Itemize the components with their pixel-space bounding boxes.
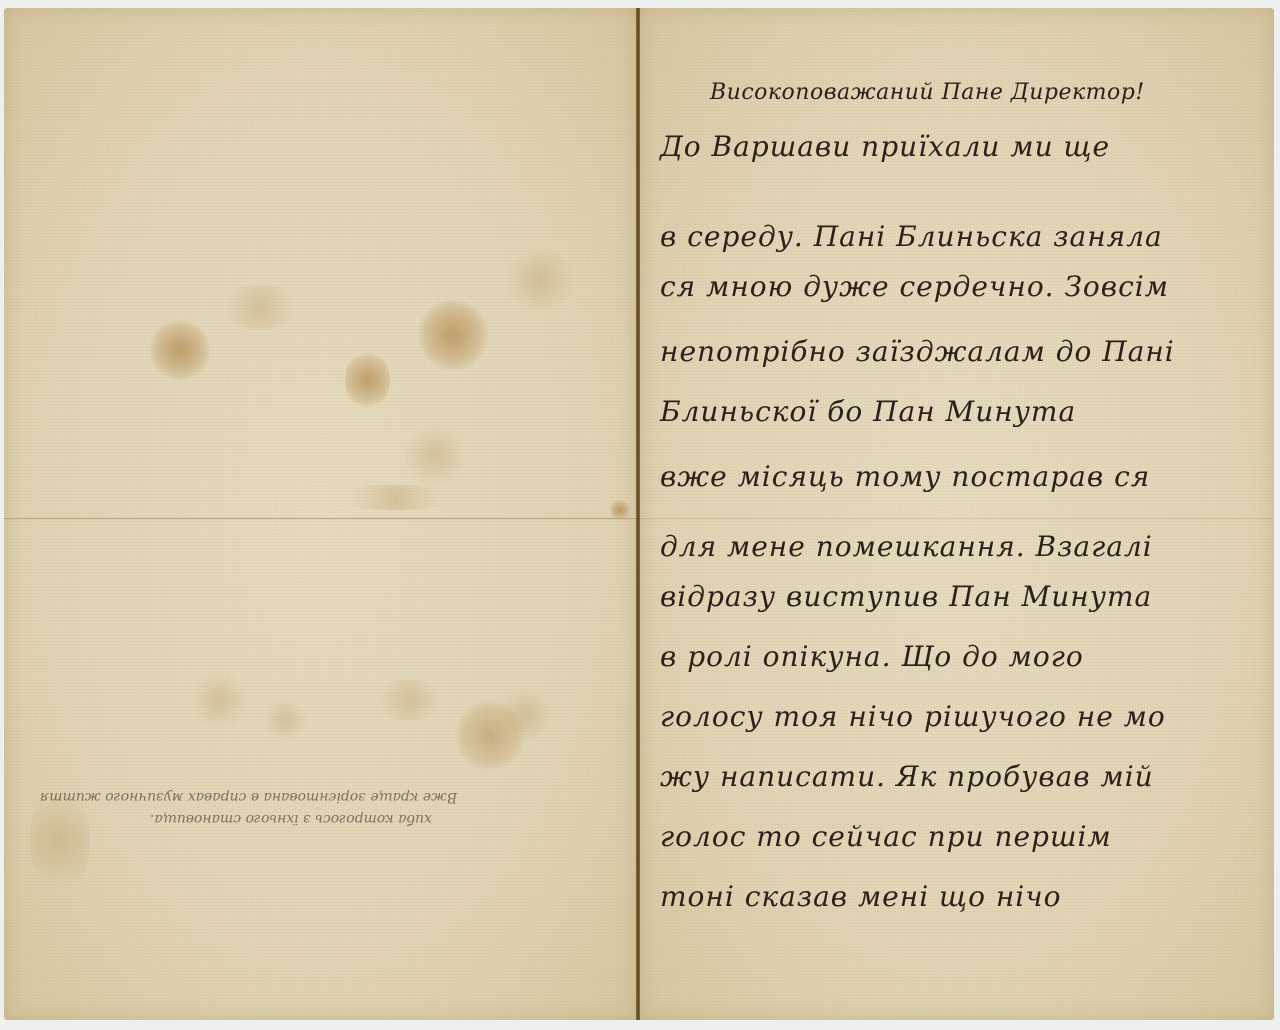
stain-mark [418, 300, 488, 370]
stain-mark [215, 285, 305, 330]
fold-crease-left [4, 517, 636, 520]
letter-line: непотрібно заїзджалам до Пані [660, 335, 1175, 368]
stain-mark [260, 700, 310, 740]
letter-line: в ролі опікуна. Що до мого [660, 640, 1084, 673]
letter-line: ся мною дуже сердечно. Зовсім [660, 270, 1169, 303]
letter-line: тоні сказав мені що нічо [660, 880, 1062, 913]
letter-line: вже місяць тому постарав ся [660, 460, 1150, 493]
stain-mark [405, 420, 465, 490]
fold-crease-right [640, 517, 1274, 520]
letter-line: відразу виступив Пан Минута [660, 580, 1152, 613]
letter-salutation: Високоповажаний Пане Директор! [710, 80, 1145, 105]
letter-line: голос то сейчас при першім [660, 820, 1112, 853]
stain-mark [610, 500, 630, 520]
letter-scan: хиба котрогось з їхнього становища. Вже … [0, 0, 1280, 1030]
stain-mark [345, 350, 390, 410]
note-line: хиба котрогось з їхнього становища. [40, 808, 620, 830]
letter-line: голосу тоя нічо рішучого не мо [660, 700, 1166, 733]
stain-mark [505, 245, 575, 315]
letter-line: Блиньскої бо Пан Минута [660, 395, 1076, 428]
upside-down-pencil-note: хиба котрогось з їхнього становища. Вже … [40, 786, 620, 830]
page-spine-divider [636, 8, 640, 1020]
stain-mark [370, 680, 450, 720]
letter-line: До Варшави приїхали ми ще [660, 130, 1110, 163]
letter-line: жу написати. Як пробував мій [660, 760, 1154, 793]
letter-line: в середу. Пані Блиньска заняла [660, 220, 1163, 253]
stain-mark [150, 320, 210, 380]
stain-mark [190, 670, 250, 730]
note-line: Вже краще зорієнтована в справах музично… [40, 786, 620, 808]
stain-mark [330, 485, 460, 510]
left-page [4, 8, 636, 1020]
letter-line: для мене помешкання. Взагалі [660, 530, 1153, 563]
stain-mark [495, 690, 555, 740]
